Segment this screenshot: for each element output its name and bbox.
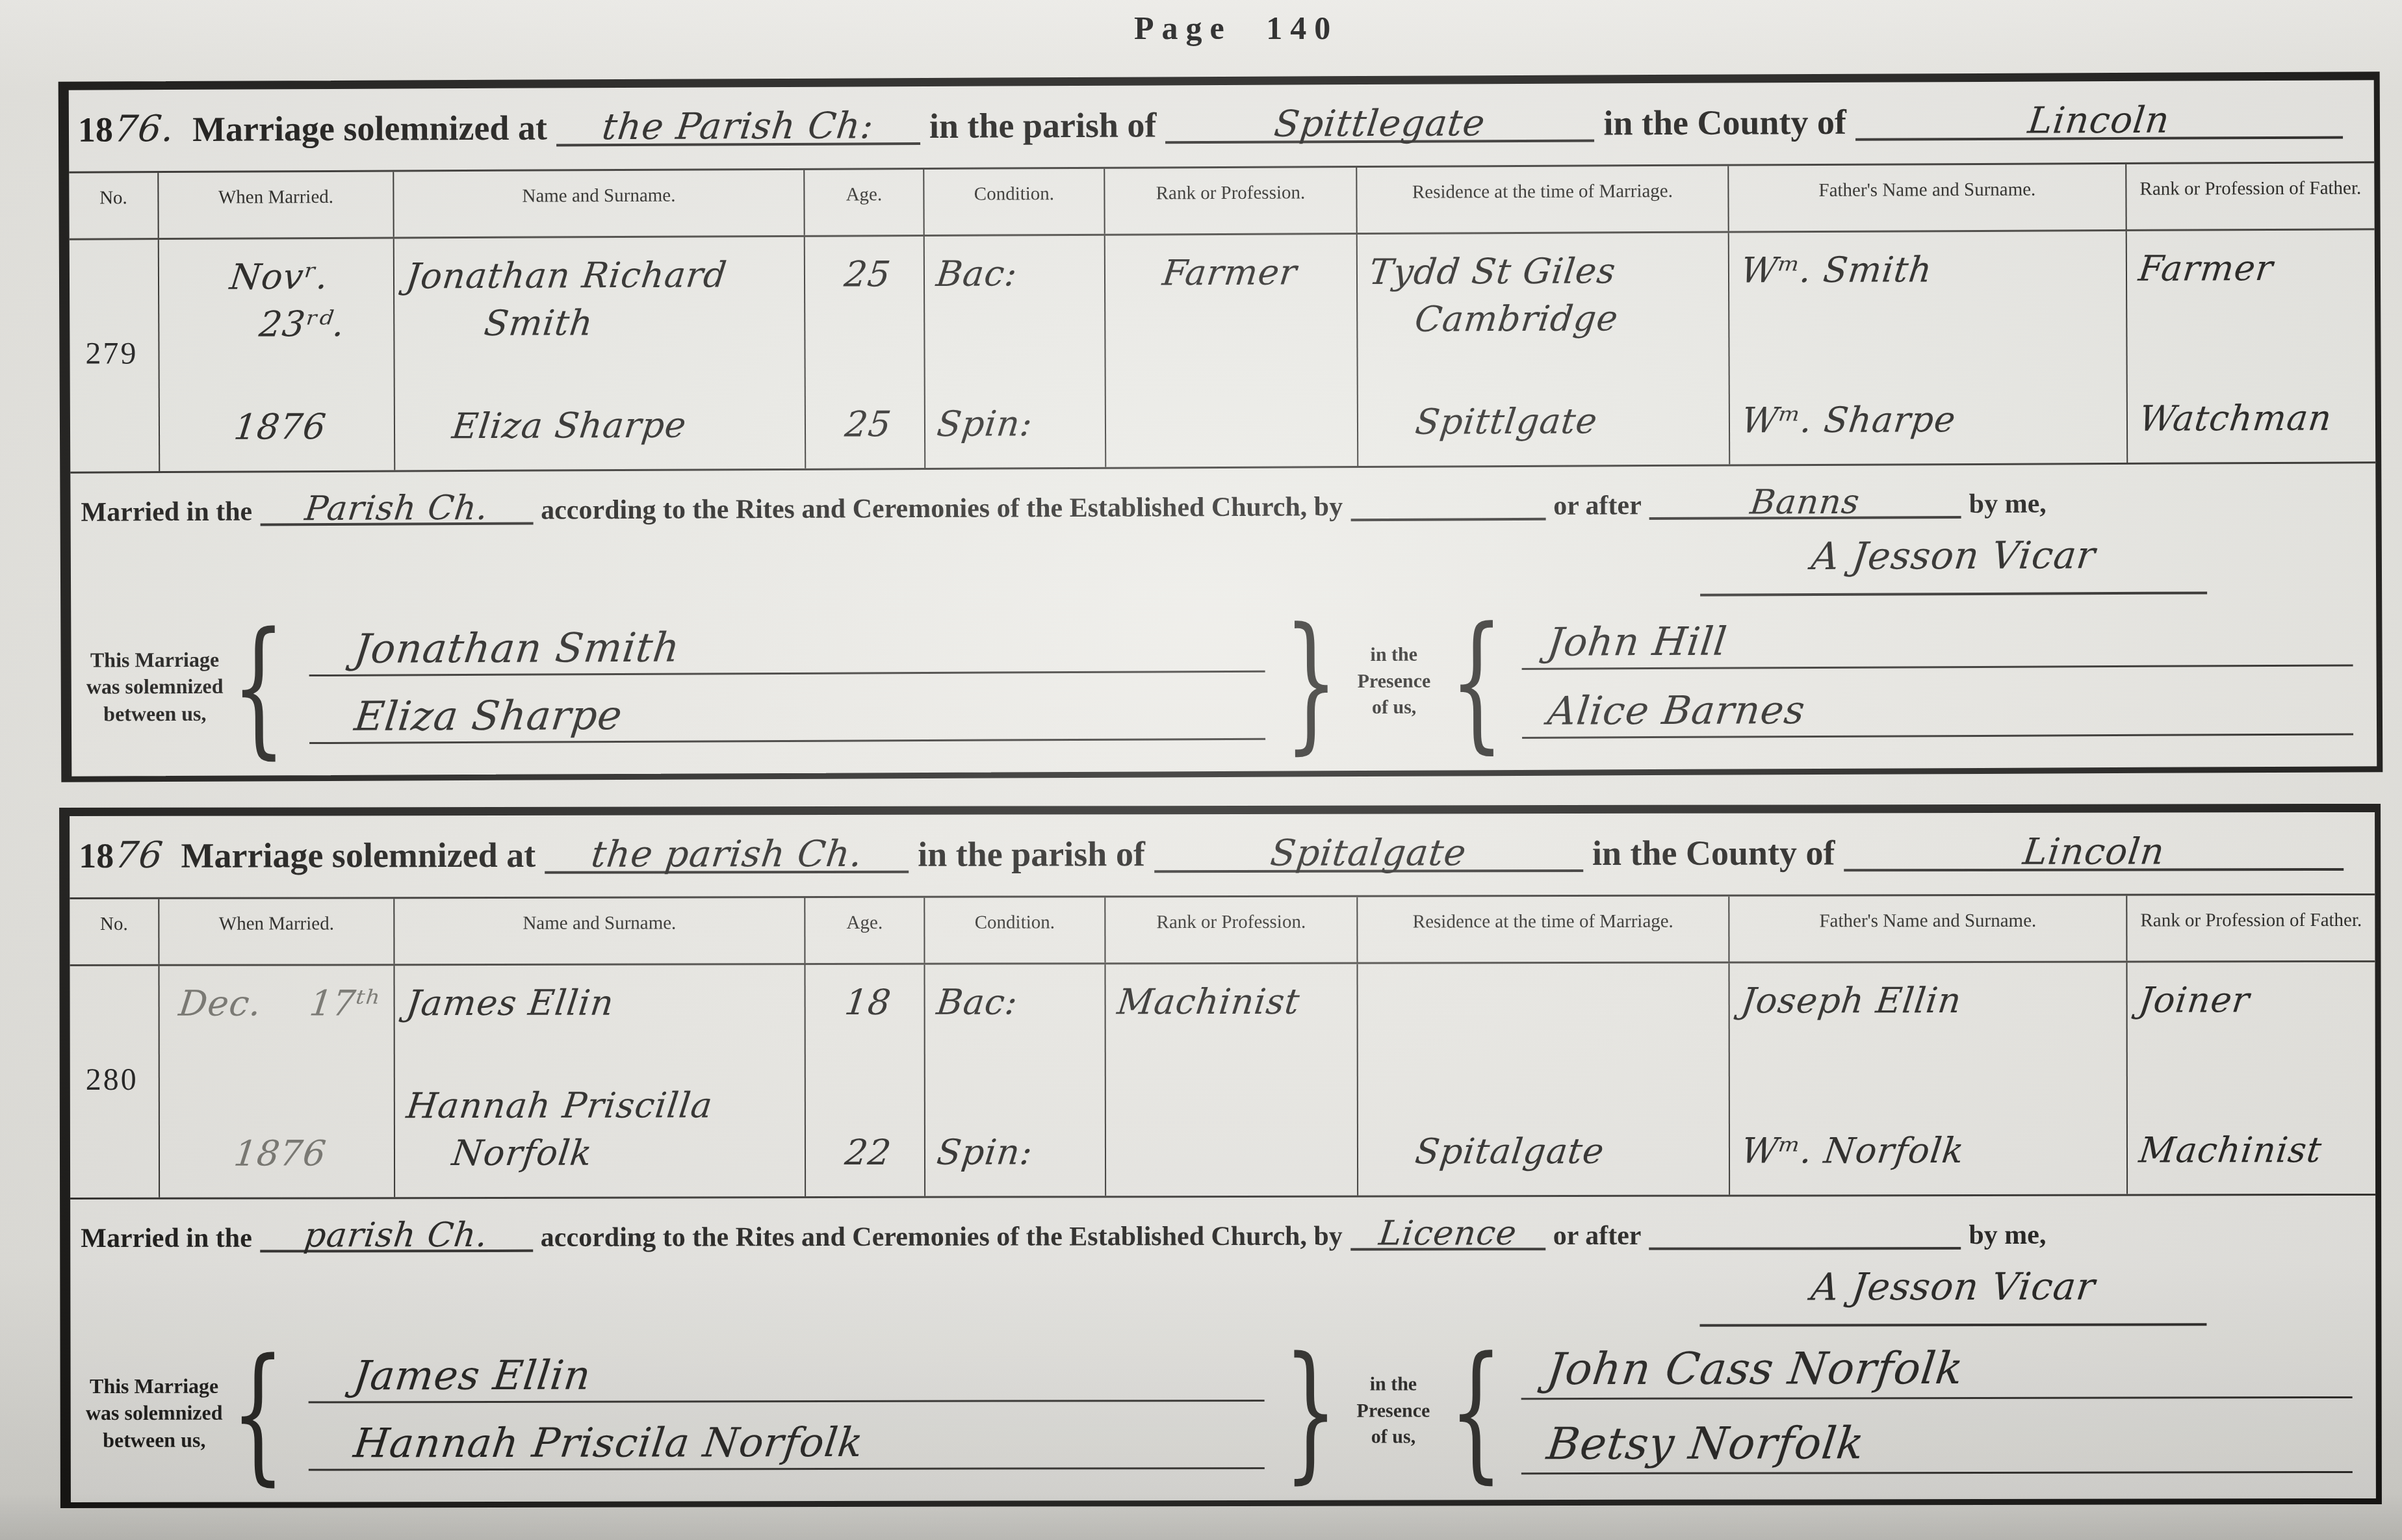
open-brace: { <box>227 1339 289 1487</box>
bride-rank <box>1118 446 1352 448</box>
col-age: Age. <box>805 170 924 235</box>
bride-condition: Spin: <box>935 400 1103 448</box>
officiant-signature: A Jesson Vicar <box>1809 1263 2098 1312</box>
officiant-line: A Jesson Vicar <box>71 526 2376 603</box>
rank-cell: Farmer <box>1105 235 1359 467</box>
bride-father-rank: Watchman <box>2137 394 2373 443</box>
county-field: Lincoln <box>1844 836 2344 872</box>
col-father-name: Father's Name and Surname. <box>1729 896 2127 962</box>
age-cell: 25 25 <box>805 237 926 468</box>
rites-label: according to the Rites and Ceremonies of… <box>541 491 1343 526</box>
county-value: Lincoln <box>2026 105 2171 138</box>
witness1-signature: John Hill <box>1545 620 1729 665</box>
when-month: Novʳ. <box>227 253 331 302</box>
witness2-line: Betsy Norfolk <box>1521 1418 2353 1474</box>
solemnized-label: Marriage solemnized at <box>181 835 536 876</box>
by-me-label: by me, <box>1969 488 2047 520</box>
father-name-cell: Joseph Ellin Wᵐ. Norfolk <box>1729 963 2128 1195</box>
names-cell: Jonathan Richard Smith Eliza Sharpe <box>394 237 807 470</box>
solemnized-block: This Marriage was solemnized between us,… <box>70 1326 2375 1502</box>
groom-rank: Machinist <box>1115 979 1354 1027</box>
when-month: Dec. <box>176 981 264 1028</box>
year-printed: 18 <box>78 109 113 149</box>
col-when-married: When Married. <box>159 899 394 964</box>
church-field: the parish Ch. <box>545 838 909 874</box>
married-in-line: Married in the Parish Ch. according to t… <box>70 463 2375 535</box>
groom-signature-line: Jonathan Smith <box>309 621 1265 676</box>
entry-280-headline: 18 76 Marriage solemnized at the parish … <box>70 812 2375 899</box>
married-in-label: Married in the <box>81 1223 252 1254</box>
rank-cell: Machinist <box>1105 964 1358 1196</box>
married-in-field: Parish Ch. <box>260 495 533 526</box>
entry-279-headline: 18 76. Marriage solemnized at the Parish… <box>69 80 2375 173</box>
condition-cell: Bac: Spin: <box>925 964 1106 1196</box>
or-after-label: or after <box>1553 1220 1642 1251</box>
col-rank: Rank or Profession. <box>1105 168 1357 234</box>
county-label: in the County of <box>1603 102 1846 144</box>
column-headers: No. When Married. Name and Surname. Age.… <box>69 163 2374 240</box>
officiant-field: A Jesson Vicar <box>1700 530 2207 596</box>
groom-signature-line: James Ellin <box>308 1351 1264 1404</box>
parish-value: Spitalgate <box>1269 837 1468 870</box>
groom-name-line1: Jonathan Richard <box>404 251 730 300</box>
officiant-signature: A Jesson Vicar <box>1809 531 2098 581</box>
groom-signature: Jonathan Smith <box>352 624 682 672</box>
year-handwritten: 76 <box>113 840 164 873</box>
names-cell: James Ellin Hannah Priscilla Norfolk <box>394 965 806 1197</box>
witness2-signature: Betsy Norfolk <box>1544 1418 1867 1470</box>
parish-value: Spittlegate <box>1272 107 1487 141</box>
when-day: 17ᵗʰ <box>307 980 383 1027</box>
groom-condition: Bac: <box>934 250 1102 298</box>
condition-cell: Bac: Spin: <box>925 236 1107 468</box>
church-value: the parish Ch. <box>589 838 864 871</box>
by-me-label: by me, <box>1969 1220 2046 1251</box>
parish-field: Spitalgate <box>1154 837 1583 873</box>
bride-residence: Spitalgate <box>1413 1128 1727 1176</box>
groom-residence-line2: Cambridge <box>1412 295 1621 343</box>
col-condition: Condition. <box>925 897 1105 962</box>
bride-signature: Hannah Priscila Norfolk <box>351 1419 866 1467</box>
when-married-cell: Dec. 17ᵗʰ 1876 <box>159 966 395 1198</box>
groom-signature: James Ellin <box>351 1352 593 1398</box>
bride-father-rank: Machinist <box>2137 1127 2373 1175</box>
open-brace: { <box>227 613 290 761</box>
entry-279-table: No. When Married. Name and Surname. Age.… <box>69 163 2375 473</box>
groom-father: Joseph Ellin <box>1738 977 2124 1025</box>
col-residence: Residence at the time of Marriage. <box>1357 166 1729 233</box>
church-value: the Parish Ch: <box>600 110 875 144</box>
close-brace: } <box>1280 608 1343 756</box>
groom-father-rank: Farmer <box>2136 244 2373 292</box>
bride-name-line1: Eliza Sharpe <box>450 402 803 450</box>
or-after-value: Banns <box>1749 489 1861 517</box>
father-rank-cell: Farmer Watchman <box>2127 230 2376 463</box>
rites-label: according to the Rites and Ceremonies of… <box>541 1221 1343 1253</box>
witnesses: John Hill Alice Barnes <box>1507 617 2360 741</box>
column-headers: No. When Married. Name and Surname. Age.… <box>70 895 2375 966</box>
married-in-value: parish Ch. <box>303 1222 489 1250</box>
groom-residence-line1: Tydd St Giles <box>1367 248 1619 296</box>
witness1-line: John Hill <box>1521 617 2353 670</box>
parish-label: in the parish of <box>918 834 1145 875</box>
bride-signature-line: Eliza Sharpe <box>309 689 1265 745</box>
year-printed: 18 <box>79 836 114 876</box>
bride-signature-line: Hannah Priscila Norfolk <box>308 1418 1264 1471</box>
or-after-field <box>1649 1235 1961 1250</box>
witness1-signature: John Cass Norfolk <box>1544 1344 1967 1395</box>
solemnized-label: This Marriage was solemnized between us, <box>81 1372 227 1454</box>
father-rank-cell: Joiner Machinist <box>2127 962 2375 1194</box>
signatures: James Ellin Hannah Priscila Norfolk <box>289 1351 1280 1474</box>
no-cell: 279 <box>70 240 161 472</box>
col-residence: Residence at the time of Marriage. <box>1358 897 1729 962</box>
witness1-line: John Cass Norfolk <box>1521 1343 2353 1400</box>
groom-rank: Farmer <box>1160 249 1354 297</box>
groom-age: 25 <box>814 251 922 299</box>
married-in-line: Married in the parish Ch. according to t… <box>70 1196 2375 1262</box>
groom-age: 18 <box>814 979 922 1027</box>
col-father-rank: Rank or Profession of Father. <box>2127 895 2375 961</box>
col-no: No. <box>69 173 159 238</box>
col-age: Age. <box>805 898 925 963</box>
bride-signature: Eliza Sharpe <box>352 692 625 739</box>
marriage-entry-279: 18 76. Marriage solemnized at the Parish… <box>58 71 2383 782</box>
entry-number: 279 <box>81 335 153 371</box>
solemnized-label: Marriage solemnized at <box>192 108 547 149</box>
bride-name-line1: Hannah Priscilla <box>404 1083 715 1131</box>
no-cell: 280 <box>70 966 160 1198</box>
groom-residence-line1 <box>1370 978 1724 979</box>
bride-father: Wᵐ. Norfolk <box>1739 1127 2124 1175</box>
when-married-cell: Novʳ. 23ʳᵈ. 1876 <box>159 239 396 472</box>
col-father-name: Father's Name and Surname. <box>1729 164 2126 231</box>
when-year: 1876 <box>169 1130 392 1177</box>
officiant-field: A Jesson Vicar <box>1699 1262 2206 1326</box>
married-in-value: Parish Ch. <box>303 495 490 523</box>
marriage-entry-280: 18 76 Marriage solemnized at the parish … <box>59 804 2382 1508</box>
by-field <box>1350 506 1545 521</box>
groom-father: Wᵐ. Smith <box>1738 246 2124 294</box>
church-field: the Parish Ch: <box>556 110 920 147</box>
bride-age: 25 <box>815 401 922 449</box>
col-father-rank: Rank or Profession of Father. <box>2126 163 2374 229</box>
married-in-field: parish Ch. <box>260 1222 533 1253</box>
col-condition: Condition. <box>924 169 1105 235</box>
col-when-married: When Married. <box>159 172 394 238</box>
witness2-line: Alice Barnes <box>1522 686 2353 739</box>
register-page: Page 140 18 76. Marriage solemnized at t… <box>0 0 2402 1540</box>
groom-name-line1: James Ellin <box>404 979 802 1027</box>
col-rank: Rank or Profession. <box>1105 897 1358 963</box>
entry-number: 280 <box>82 1061 153 1097</box>
groom-condition: Bac: <box>934 979 1102 1026</box>
parish-field: Spittlegate <box>1165 107 1594 144</box>
witness2-signature: Alice Barnes <box>1545 688 1808 734</box>
entry-280-table: No. When Married. Name and Surname. Age.… <box>70 895 2375 1200</box>
bride-name-line2: Norfolk <box>450 1130 595 1177</box>
col-no: No. <box>70 899 159 964</box>
table-row-279: 279 Novʳ. 23ʳᵈ. 1876 Jonathan Richard Sm… <box>70 230 2376 471</box>
presence-label: in the Presence of us, <box>1342 642 1447 721</box>
officiant-line: A Jesson Vicar <box>70 1258 2375 1329</box>
parish-label: in the parish of <box>929 105 1157 146</box>
page-number: Page 140 <box>1134 9 1338 47</box>
married-in-label: Married in the <box>81 496 252 528</box>
county-field: Lincoln <box>1855 103 2343 141</box>
col-name-surname: Name and Surname. <box>394 170 805 237</box>
solemnized-label: This Marriage was solemnized between us, <box>81 646 228 728</box>
when-day: 23ʳᵈ. <box>257 301 348 349</box>
witnesses: John Cass Norfolk Betsy Norfolk <box>1507 1343 2359 1478</box>
residence-cell: Tydd St Giles Cambridge Spittlgate <box>1358 233 1731 466</box>
age-cell: 18 22 <box>805 965 925 1196</box>
col-name-surname: Name and Surname. <box>394 898 805 964</box>
father-name-cell: Wᵐ. Smith Wᵐ. Sharpe <box>1729 231 2128 465</box>
solemnized-block: This Marriage was solemnized between us,… <box>71 593 2377 776</box>
bride-condition: Spin: <box>935 1129 1103 1176</box>
bride-father: Wᵐ. Sharpe <box>1739 396 2124 444</box>
bride-age: 22 <box>815 1129 922 1177</box>
county-label: in the County of <box>1592 832 1835 873</box>
table-row-280: 280 Dec. 17ᵗʰ 1876 James Ellin Hannah Pr… <box>70 962 2375 1198</box>
groom-name-line2: Smith <box>482 300 596 348</box>
residence-cell: Spitalgate <box>1358 964 1730 1196</box>
or-after-field: Banns <box>1649 489 1961 520</box>
when-year: 1876 <box>169 404 392 452</box>
by-value: Licence <box>1378 1220 1518 1248</box>
witness-brace: { <box>1445 607 1508 755</box>
by-field: Licence <box>1350 1220 1545 1251</box>
signatures: Jonathan Smith Eliza Sharpe <box>289 621 1281 747</box>
bride-residence: Spittlgate <box>1413 398 1727 446</box>
year-handwritten: 76. <box>112 113 176 146</box>
witness-brace: { <box>1445 1337 1507 1485</box>
groom-father-rank: Joiner <box>2136 977 2373 1025</box>
or-after-label: or after <box>1553 490 1642 522</box>
presence-label: in the Presence of us, <box>1341 1372 1445 1451</box>
county-value: Lincoln <box>2021 836 2166 869</box>
close-brace: } <box>1280 1337 1341 1485</box>
bride-rank <box>1118 1176 1352 1177</box>
